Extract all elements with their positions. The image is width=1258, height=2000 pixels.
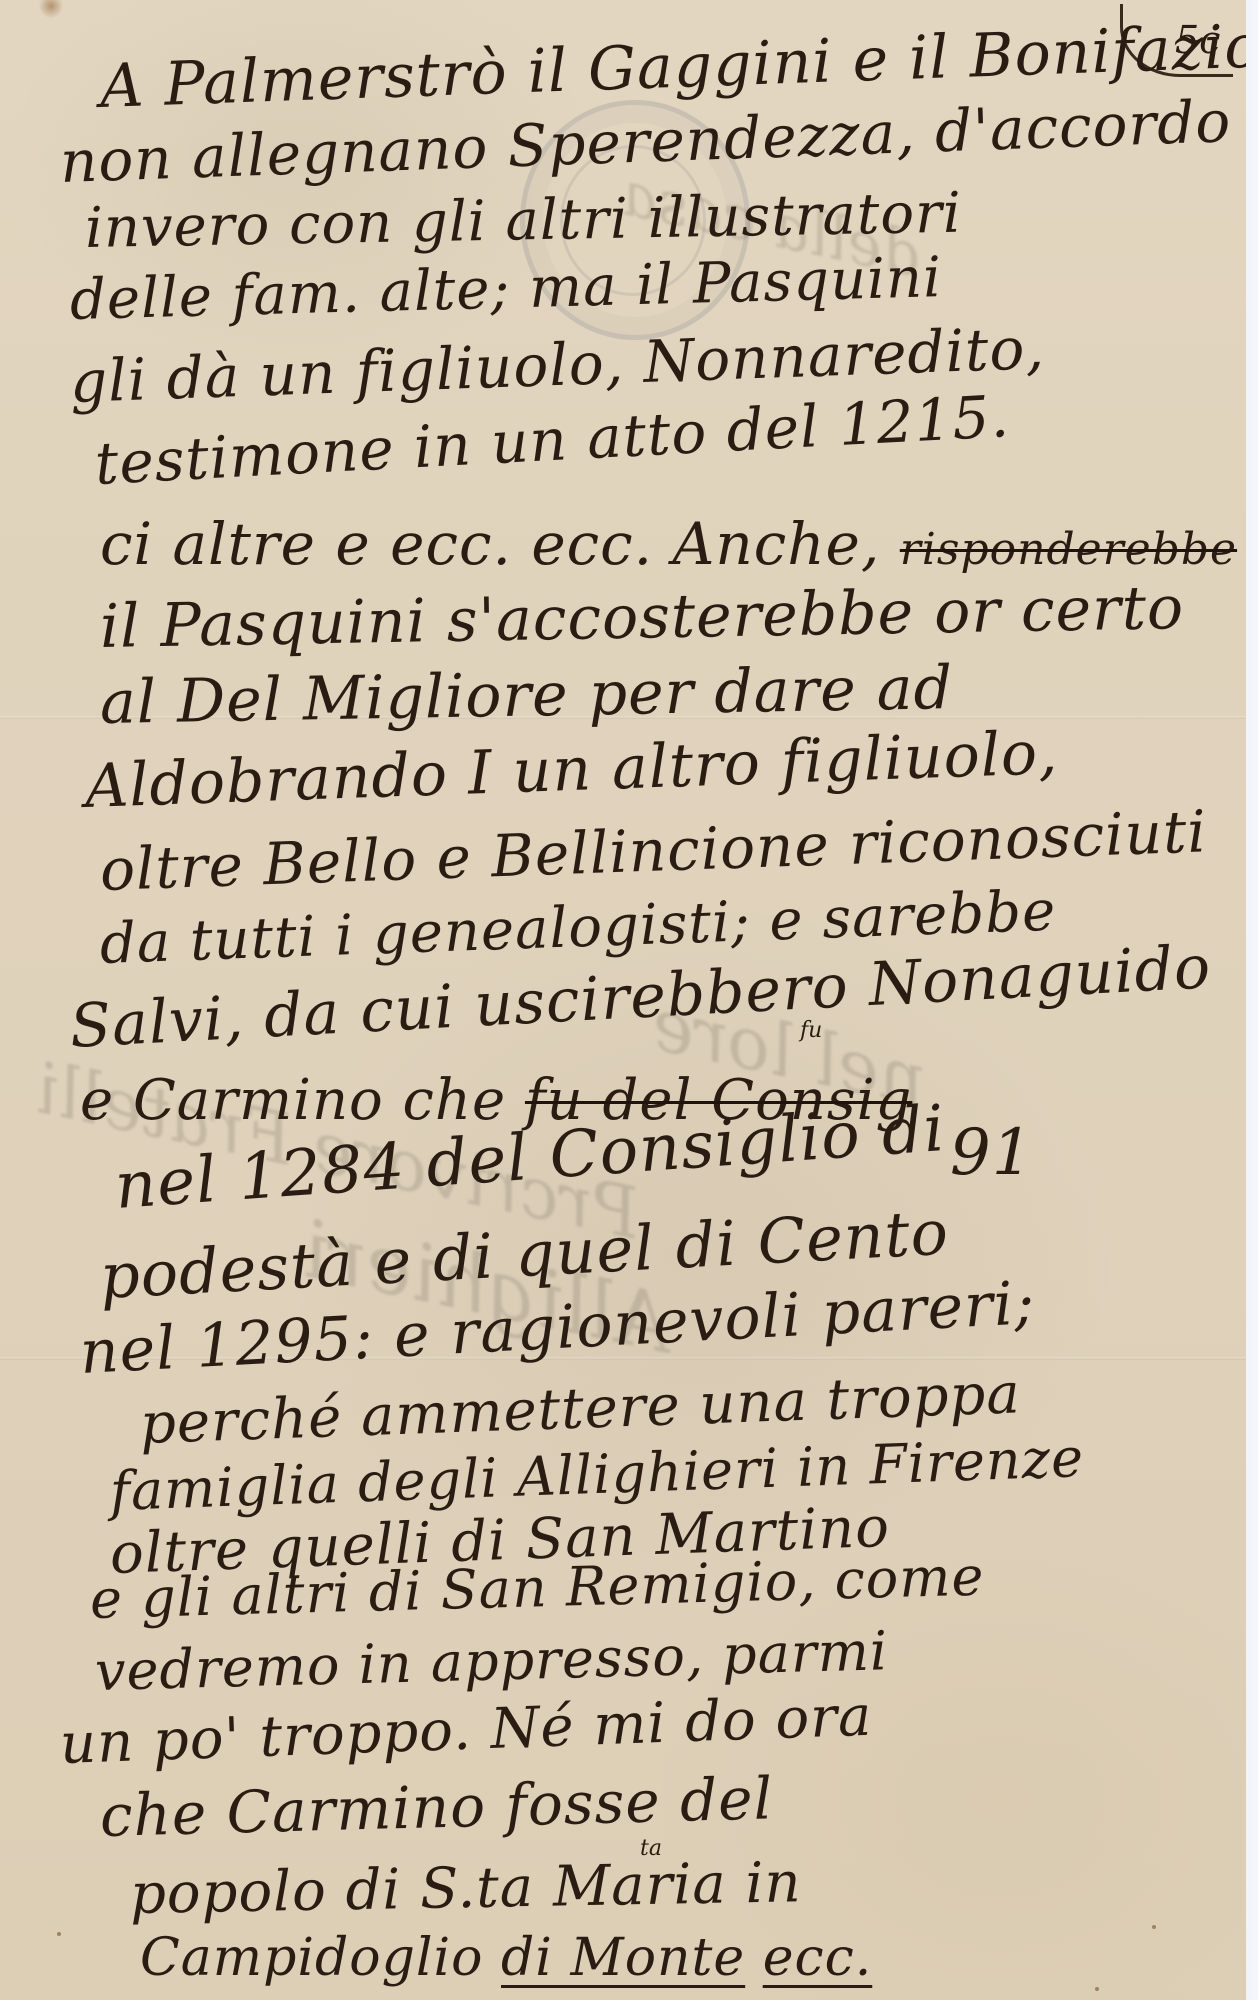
manuscript-page: Prcrivore Fratelli Allighieri nel lore d… (0, 0, 1252, 2000)
manuscript-line-26: Campidoglio di Monte ecc. (140, 1928, 872, 1988)
manuscript-line-24: che Carmino fosse del (99, 1764, 774, 1850)
ink-stain (38, 0, 64, 18)
underlined-phrase: di Monte (501, 1928, 745, 1988)
line-26-tail: ecc. (763, 1928, 873, 1988)
line-26-text: Campidoglio (140, 1928, 483, 1988)
manuscript-line-14-tail: 91 (950, 1116, 1033, 1190)
manuscript-line-25: popolo di S.ta Maria in (129, 1850, 802, 1927)
paper-speck (1152, 1925, 1156, 1929)
manuscript-line-8: il Pasquini s'accosterebbe or certo (99, 573, 1184, 662)
insertion-above-line: fu (800, 1018, 822, 1043)
paper-speck (57, 1932, 61, 1936)
line-14-text: e Carmino che (80, 1068, 506, 1133)
paper-speck (1095, 1987, 1099, 1991)
manuscript-line-7: ci altre e ecc. ecc. Anche, risponderebb… (100, 510, 1237, 578)
page-edge (1246, 0, 1252, 2000)
line-7-text: ci altre e ecc. ecc. Anche, (100, 510, 880, 578)
struck-word: risponderebbe (900, 524, 1237, 575)
